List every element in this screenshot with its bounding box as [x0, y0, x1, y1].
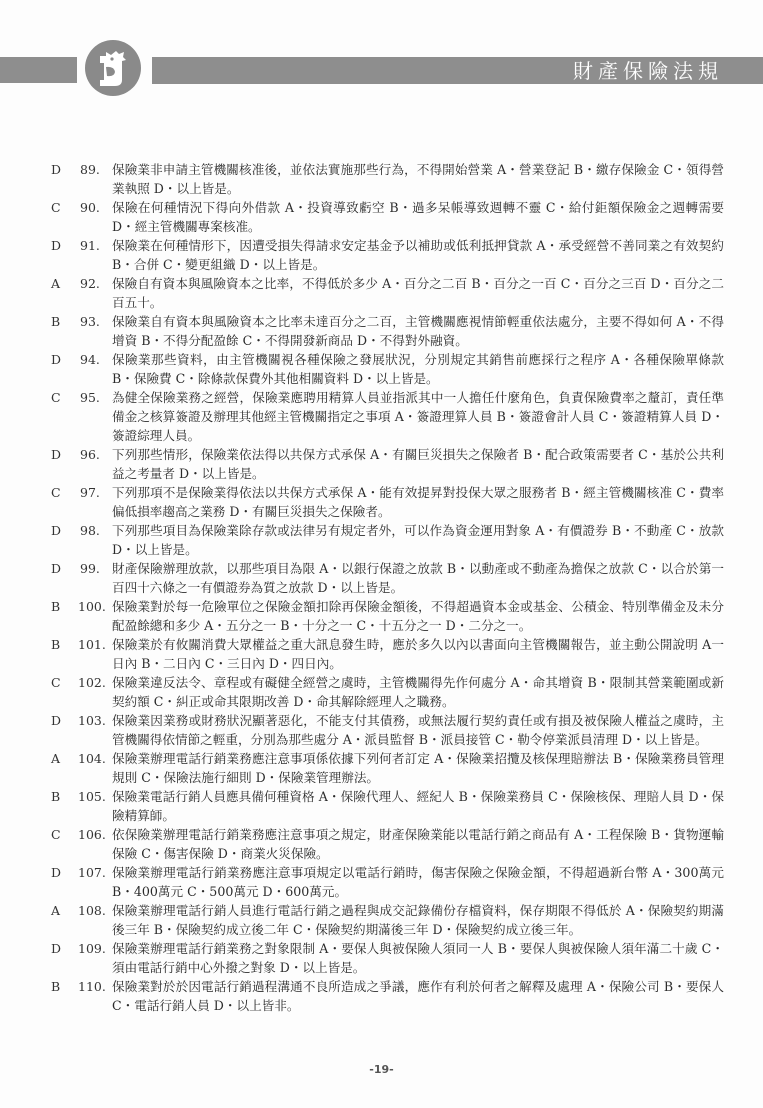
question-number: 104.	[78, 749, 110, 768]
answer-key: D	[51, 445, 67, 464]
answer-key: D	[51, 939, 67, 958]
question-text: 保險業那些資料，由主管機關視各種保險之發展狀況，分別規定其銷售前應採行之程序 A…	[112, 350, 724, 388]
question-text: 下列那些項目為保險業除存款或法律另有規定者外，可以作為資金運用對象 A・有價證券…	[112, 521, 724, 559]
question-number: 100.	[78, 597, 110, 616]
question-text: 保險業於有攸關消費大眾權益之重大訊息發生時，應於多久以內以書面向主管機關報告，並…	[112, 635, 724, 673]
answer-key: D	[51, 521, 67, 540]
question-number: 102.	[78, 673, 110, 692]
question-text: 保險業因業務或財務狀況顯著惡化，不能支付其債務，或無法履行契約責任或有損及被保險…	[112, 711, 724, 749]
answer-key: C	[51, 673, 67, 692]
question-text: 保險業非申請主管機關核准後，並依法實施那些行為，不得開始營業 A・營業登記 B・…	[112, 160, 724, 198]
answer-key: D	[51, 863, 67, 882]
question-text: 保險業辦理電話行銷業務之對象限制 A・要保人與被保險人須同一人 B・要保人與被保…	[112, 939, 724, 977]
question-item: D 109. 保險業辦理電話行銷業務之對象限制 A・要保人與被保險人須同一人 B…	[0, 939, 763, 977]
question-number: 93.	[80, 312, 112, 331]
section-title: 財產保險法規	[573, 58, 723, 84]
question-item: D 94. 保險業那些資料，由主管機關視各種保險之發展狀況，分別規定其銷售前應採…	[0, 350, 763, 388]
question-item: C 90. 保險在何種情況下得向外借款 A・投資導致虧空 B・過多呆帳導致週轉不…	[0, 198, 763, 236]
question-text: 保險業自有資本與風險資本之比率未達百分之二百，主管機關應視情節輕重依法處分，主要…	[112, 312, 724, 350]
answer-key: B	[51, 977, 67, 996]
answer-key: B	[51, 787, 67, 806]
answer-key: D	[51, 350, 67, 369]
header-left-bar	[0, 57, 77, 83]
question-text: 保險在何種情況下得向外借款 A・投資導致虧空 B・過多呆帳導致週轉不靈 C・給付…	[112, 198, 724, 236]
question-item: D 89. 保險業非申請主管機關核准後，並依法實施那些行為，不得開始營業 A・營…	[0, 160, 763, 198]
question-number: 98.	[80, 521, 112, 540]
question-number: 91.	[80, 236, 112, 255]
answer-key: A	[51, 274, 67, 293]
question-number: 110.	[78, 977, 110, 996]
question-item: B 105. 保險業電話行銷人員應具備何種資格 A・保險代理人、經紀人 B・保險…	[0, 787, 763, 825]
question-item: D 98. 下列那些項目為保險業除存款或法律另有規定者外，可以作為資金運用對象 …	[0, 521, 763, 559]
question-text: 保險業辦理電話行銷業務應注意事項規定以電話行銷時，傷害保險之保險金額，不得超過新…	[112, 863, 724, 901]
question-item: C 102. 保險業違反法令、章程或有礙健全經營之虞時，主管機關得先作何處分 A…	[0, 673, 763, 711]
question-number: 96.	[80, 445, 112, 464]
question-item: D 99. 財產保險辦理放款，以那些項目為限 A・以銀行保證之放款 B・以動產或…	[0, 559, 763, 597]
answer-key: D	[51, 559, 67, 578]
answer-key: A	[51, 749, 67, 768]
question-item: A 108. 保險業辦理電話行銷人員進行電話行銷之過程與成交記錄備份存檔資料，保…	[0, 901, 763, 939]
question-number: 90.	[80, 198, 112, 217]
question-number: 105.	[78, 787, 110, 806]
document-page: 財產保險法規 D 89. 保險業非申請主管機關核准後，並依法實施那些行為，不得開…	[0, 0, 763, 1108]
answer-key: C	[51, 198, 67, 217]
answer-key: C	[51, 483, 67, 502]
answer-key: D	[51, 160, 67, 179]
question-text: 保險業在何種情形下，因遭受損失得請求安定基金予以補助或低利抵押貸款 A・承受經營…	[112, 236, 724, 274]
question-text: 保險業電話行銷人員應具備何種資格 A・保險代理人、經紀人 B・保險業務員 C・保…	[112, 787, 724, 825]
question-number: 107.	[78, 863, 110, 882]
question-item: D 107. 保險業辦理電話行銷業務應注意事項規定以電話行銷時，傷害保險之保險金…	[0, 863, 763, 901]
question-item: C 106. 依保險業辦理電話行銷業務應注意事項之規定，財產保險業能以電話行銷之…	[0, 825, 763, 863]
question-text: 財產保險辦理放款，以那些項目為限 A・以銀行保證之放款 B・以動產或不動產為擔保…	[112, 559, 724, 597]
question-number: 101.	[78, 635, 110, 654]
question-text: 依保險業辦理電話行銷業務應注意事項之規定，財產保險業能以電話行銷之商品有 A・工…	[112, 825, 724, 863]
question-item: B 110. 保險業對於於因電話行銷過程溝通不良所造成之爭議，應作有利於何者之解…	[0, 977, 763, 1015]
answer-key: B	[51, 312, 67, 331]
question-text: 保險業辦理電話行銷人員進行電話行銷之過程與成交記錄備份存檔資料，保存期限不得低於…	[112, 901, 724, 939]
question-item: C 95. 為健全保險業務之經營，保險業應聘用精算人員並指派其中一人擔任什麼角色…	[0, 388, 763, 445]
answer-key: B	[51, 597, 67, 616]
answer-key: D	[51, 236, 67, 255]
question-item: A 92. 保險自有資本與風險資本之比率，不得低於多少 A・百分之二百 B・百分…	[0, 274, 763, 312]
answer-key: A	[51, 901, 67, 920]
question-item: A 104. 保險業辦理電話行銷業務應注意事項係依據下列何者訂定 A・保險業招攬…	[0, 749, 763, 787]
dragon-logo-icon	[85, 40, 141, 96]
question-text: 保險業對於每一危險單位之保險金額扣除再保險金額後，不得超過資本金或基金、公積金、…	[112, 597, 724, 635]
answer-key: D	[51, 711, 67, 730]
question-number: 89.	[80, 160, 112, 179]
question-text: 為健全保險業務之經營，保險業應聘用精算人員並指派其中一人擔任什麼角色，負責保險費…	[112, 388, 724, 445]
question-number: 109.	[78, 939, 110, 958]
question-number: 99.	[80, 559, 112, 578]
question-text: 保險自有資本與風險資本之比率，不得低於多少 A・百分之二百 B・百分之一百 C・…	[112, 274, 724, 312]
question-text: 保險業辦理電話行銷業務應注意事項係依據下列何者訂定 A・保險業招攬及核保理賠辦法…	[112, 749, 724, 787]
question-text: 下列那項不是保險業得依法以共保方式承保 A・能有效提昇對投保大眾之服務者 B・經…	[112, 483, 724, 521]
question-item: B 100. 保險業對於每一危險單位之保險金額扣除再保險金額後，不得超過資本金或…	[0, 597, 763, 635]
question-text: 保險業對於於因電話行銷過程溝通不良所造成之爭議，應作有利於何者之解釋及處理 A・…	[112, 977, 724, 1015]
answer-key: B	[51, 635, 67, 654]
question-text: 下列那些情形，保險業依法得以共保方式承保 A・有關巨災損失之保險者 B・配合政策…	[112, 445, 724, 483]
question-number: 108.	[78, 901, 110, 920]
question-number: 97.	[80, 483, 112, 502]
question-item: B 101. 保險業於有攸關消費大眾權益之重大訊息發生時，應於多久以內以書面向主…	[0, 635, 763, 673]
answer-key: C	[51, 825, 67, 844]
question-text: 保險業違反法令、章程或有礙健全經營之虞時，主管機關得先作何處分 A・命其增資 B…	[112, 673, 724, 711]
question-item: D 103. 保險業因業務或財務狀況顯著惡化，不能支付其債務，或無法履行契約責任…	[0, 711, 763, 749]
question-number: 106.	[78, 825, 110, 844]
question-number: 103.	[78, 711, 110, 730]
answer-key: C	[51, 388, 67, 407]
question-number: 92.	[80, 274, 112, 293]
question-number: 95.	[80, 388, 112, 407]
question-item: D 91. 保險業在何種情形下，因遭受損失得請求安定基金予以補助或低利抵押貸款 …	[0, 236, 763, 274]
question-item: C 97. 下列那項不是保險業得依法以共保方式承保 A・能有效提昇對投保大眾之服…	[0, 483, 763, 521]
question-item: B 93. 保險業自有資本與風險資本之比率未達百分之二百，主管機關應視情節輕重依…	[0, 312, 763, 350]
question-number: 94.	[80, 350, 112, 369]
page-number: -19-	[0, 1063, 763, 1076]
question-list: D 89. 保險業非申請主管機關核准後，並依法實施那些行為，不得開始營業 A・營…	[0, 160, 763, 1015]
question-item: D 96. 下列那些情形，保險業依法得以共保方式承保 A・有關巨災損失之保險者 …	[0, 445, 763, 483]
